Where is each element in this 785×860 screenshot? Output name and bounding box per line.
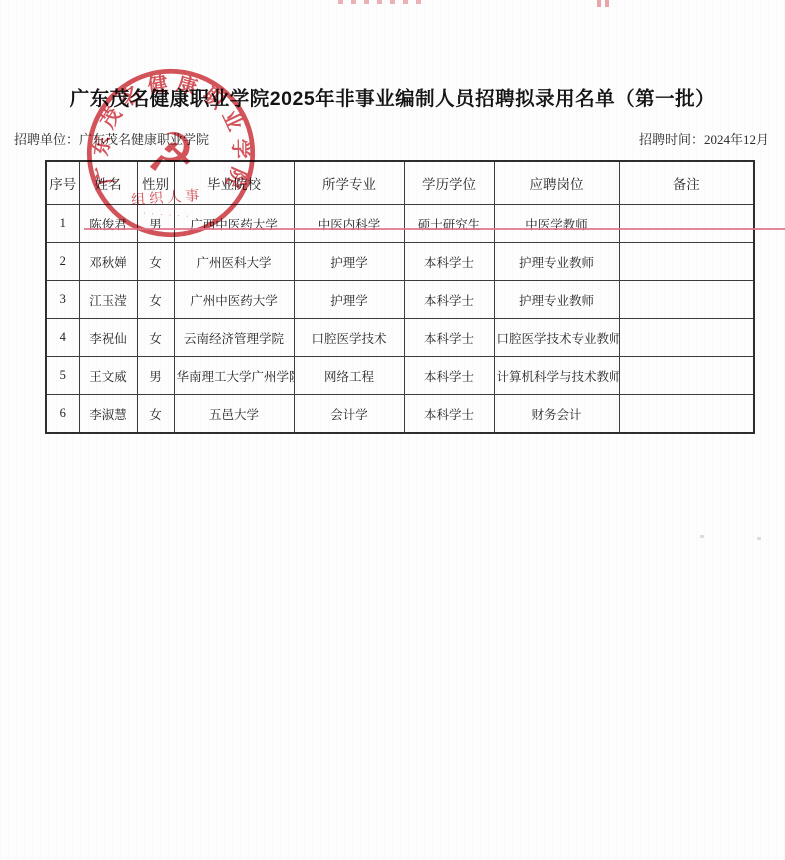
cell-index: 4: [46, 319, 79, 357]
header-cell-school: 毕业院校: [174, 161, 294, 205]
table-row: 4 李祝仙 女 云南经济管理学院 口腔医学技术 本科学士 口腔医学技术专业教师: [46, 319, 754, 357]
cell-major: 护理学: [294, 243, 404, 281]
cell-name: 江玉滢: [79, 281, 137, 319]
cell-remark: [619, 357, 754, 395]
cell-gender: 男: [137, 205, 174, 243]
cell-gender: 女: [137, 395, 174, 434]
cell-school: 广州医科大学: [174, 243, 294, 281]
cell-remark: [619, 243, 754, 281]
cell-gender: 男: [137, 357, 174, 395]
cell-major: 中医内科学: [294, 205, 404, 243]
cell-school: 华南理工大学广州学院: [174, 357, 294, 395]
cell-school: 云南经济管理学院: [174, 319, 294, 357]
cell-position: 计算机科学与技术教师: [494, 357, 619, 395]
cell-name: 李淑慧: [79, 395, 137, 434]
scan-artifact-speck: [757, 537, 761, 540]
cell-degree: 本科学士: [404, 319, 494, 357]
cell-degree: 本科学士: [404, 281, 494, 319]
document-title: 广东茂名健康职业学院2025年非事业编制人员招聘拟录用名单（第一批）: [0, 83, 785, 111]
cell-remark: [619, 319, 754, 357]
cell-degree: 本科学士: [404, 357, 494, 395]
cell-gender: 女: [137, 319, 174, 357]
table-row: 2 邓秋婵 女 广州医科大学 护理学 本科学士 护理专业教师: [46, 243, 754, 281]
cell-major: 会计学: [294, 395, 404, 434]
scan-artifact-speck: [700, 535, 704, 538]
header-cell-name: 姓名: [79, 161, 137, 205]
cell-major: 口腔医学技术: [294, 319, 404, 357]
cell-name: 李祝仙: [79, 319, 137, 357]
scan-artifact-top-red-mark: [597, 0, 613, 7]
table-row: 6 李淑慧 女 五邑大学 会计学 本科学士 财务会计: [46, 395, 754, 434]
cell-position: 中医学教师: [494, 205, 619, 243]
header-cell-major: 所学专业: [294, 161, 404, 205]
table-row: 3 江玉滢 女 广州中医药大学 护理学 本科学士 护理专业教师: [46, 281, 754, 319]
table-meta-row: 招聘单位：广东茂名健康职业学院 招聘时间：2024年12月: [14, 129, 769, 147]
cell-index: 5: [46, 357, 79, 395]
cell-school: 广州中医药大学: [174, 281, 294, 319]
cell-remark: [619, 205, 754, 243]
cell-gender: 女: [137, 281, 174, 319]
table-header-row: 序号 姓名 性别 毕业院校 所学专业 学历学位 应聘岗位 备注: [46, 161, 754, 205]
cell-index: 1: [46, 205, 79, 243]
cell-school: 五邑大学: [174, 395, 294, 434]
table-row: 5 王文威 男 华南理工大学广州学院 网络工程 本科学士 计算机科学与技术教师: [46, 357, 754, 395]
cell-index: 3: [46, 281, 79, 319]
recruit-unit-text: 招聘单位：广东茂名健康职业学院: [14, 129, 209, 148]
cell-position: 护理专业教师: [494, 281, 619, 319]
cell-degree: 本科学士: [404, 243, 494, 281]
header-cell-position: 应聘岗位: [494, 161, 619, 205]
header-cell-index: 序号: [46, 161, 79, 205]
cell-position: 财务会计: [494, 395, 619, 434]
cell-degree: 硕士研究生: [404, 205, 494, 243]
cell-name: 陈俊君: [79, 205, 137, 243]
cell-index: 6: [46, 395, 79, 434]
scan-artifact-top-red-mark: [338, 0, 426, 4]
cell-position: 口腔医学技术专业教师: [494, 319, 619, 357]
cell-remark: [619, 281, 754, 319]
header-cell-degree: 学历学位: [404, 161, 494, 205]
recruit-time-text: 招聘时间：2024年12月: [639, 129, 769, 148]
cell-major: 护理学: [294, 281, 404, 319]
table-row: 1 陈俊君 男 广西中医药大学 中医内科学 硕士研究生 中医学教师: [46, 205, 754, 243]
cell-name: 王文威: [79, 357, 137, 395]
cell-degree: 本科学士: [404, 395, 494, 434]
cell-gender: 女: [137, 243, 174, 281]
cell-remark: [619, 395, 754, 434]
recruitment-roster-table: 序号 姓名 性别 毕业院校 所学专业 学历学位 应聘岗位 备注 1 陈俊君 男 …: [45, 160, 755, 434]
cell-index: 2: [46, 243, 79, 281]
cell-major: 网络工程: [294, 357, 404, 395]
cell-school: 广西中医药大学: [174, 205, 294, 243]
scanned-document-page: { "page": { "title": "广东茂名健康职业学院2025年非事业…: [0, 0, 785, 860]
header-cell-gender: 性别: [137, 161, 174, 205]
cell-position: 护理专业教师: [494, 243, 619, 281]
header-cell-remark: 备注: [619, 161, 754, 205]
cell-name: 邓秋婵: [79, 243, 137, 281]
